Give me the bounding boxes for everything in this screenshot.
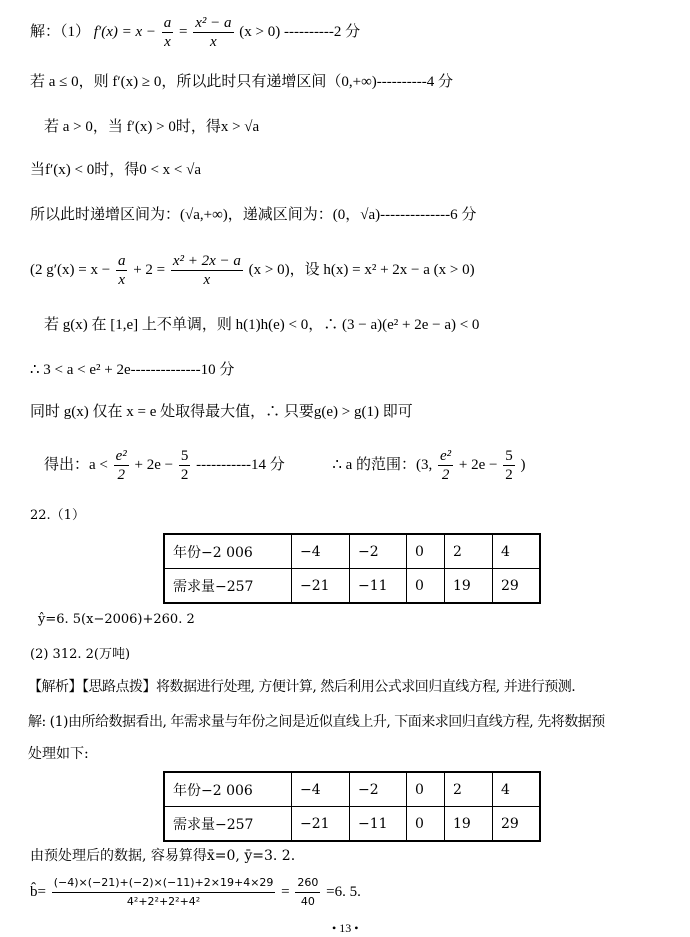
data-table-1: 年份−2 006 −4 −2 0 2 4 需求量−257 −21 −11 0 1… xyxy=(163,533,541,604)
fraction: 26040 xyxy=(295,874,320,911)
fraction: ax xyxy=(116,252,128,289)
solution-text-line-1: 解: (1)由所给数据看出, 年需求量与年份之间是近似直线上升, 下面来求回归直… xyxy=(28,712,605,732)
solution-line-5: 所以此时递增区间为：(√a,+∞)，递减区间为：(0，√a)----------… xyxy=(30,205,476,225)
regression-equation: ŷ=6. 5(x−2006)+260. 2 xyxy=(38,610,195,630)
question-22-heading: 22.（1） xyxy=(30,506,85,526)
solution-line-3: 若 a > 0，当 f′(x) > 0时，得x > √a xyxy=(44,117,259,137)
score-marker: ----------2 分 xyxy=(284,24,360,40)
solution-line-7: 若 g(x) 在 [1,e] 上不单调，则 h(1)h(e) < 0，∴ (3 … xyxy=(44,315,479,335)
solution-line-1: 解：（1） f′(x) = x − ax = x² − ax (x > 0) -… xyxy=(30,14,360,51)
fraction: x² − ax xyxy=(193,14,233,51)
table-row: 年份−2 006 −4 −2 0 2 4 xyxy=(164,534,540,569)
fraction: 52 xyxy=(503,447,515,484)
solution-line-10: 得出：a < e²2 + 2e − 52 -----------14 分 ∴ a… xyxy=(44,447,526,484)
page-number: • 13 • xyxy=(332,918,358,937)
fraction: e²2 xyxy=(438,447,453,484)
fraction: e²2 xyxy=(114,447,129,484)
solution-line-4: 当f′(x) < 0时，得0 < x < √a xyxy=(30,160,201,180)
fraction: ax xyxy=(162,14,174,51)
fraction: (−4)×(−21)+(−2)×(−11)+2×19+4×294²+2²+2²+… xyxy=(52,874,276,911)
solution-line-6: (2 g′(x) = x − ax + 2 = x² + 2x − ax (x … xyxy=(30,252,475,289)
table-row: 需求量−257 −21 −11 0 19 29 xyxy=(164,807,540,842)
slope-formula: b̂= (−4)×(−21)+(−2)×(−11)+2×19+4×294²+2²… xyxy=(30,874,361,911)
table-row: 需求量−257 −21 −11 0 19 29 xyxy=(164,569,540,604)
analysis-line: 【解析】【思路点拨】将数据进行处理, 方便计算, 然后利用公式求回归直线方程, … xyxy=(28,677,575,697)
solution-line-8: ∴ 3 < a < e² + 2e--------------10 分 xyxy=(30,360,234,380)
solution-text-line-2: 处理如下: xyxy=(28,744,89,764)
table-row: 年份−2 006 −4 −2 0 2 4 xyxy=(164,772,540,807)
data-table-2: 年份−2 006 −4 −2 0 2 4 需求量−257 −21 −11 0 1… xyxy=(163,771,541,842)
answer-part-2: (2) 312. 2(万吨) xyxy=(30,645,130,665)
solution-line-2: 若 a ≤ 0，则 f′(x) ≥ 0，所以此时只有递增区间（0,+∞)----… xyxy=(30,72,453,92)
fraction: 52 xyxy=(179,447,191,484)
fraction: x² + 2x − ax xyxy=(171,252,243,289)
mean-values-line: 由预处理后的数据, 容易算得x̄=0, ȳ=3. 2. xyxy=(30,846,295,866)
score-marker: -----------14 分 xyxy=(196,457,285,473)
solution-prefix: 解：（1） xyxy=(30,24,90,40)
solution-line-9: 同时 g(x) 仅在 x = e 处取得最大值，∴ 只要g(e) > g(1) … xyxy=(30,402,413,422)
